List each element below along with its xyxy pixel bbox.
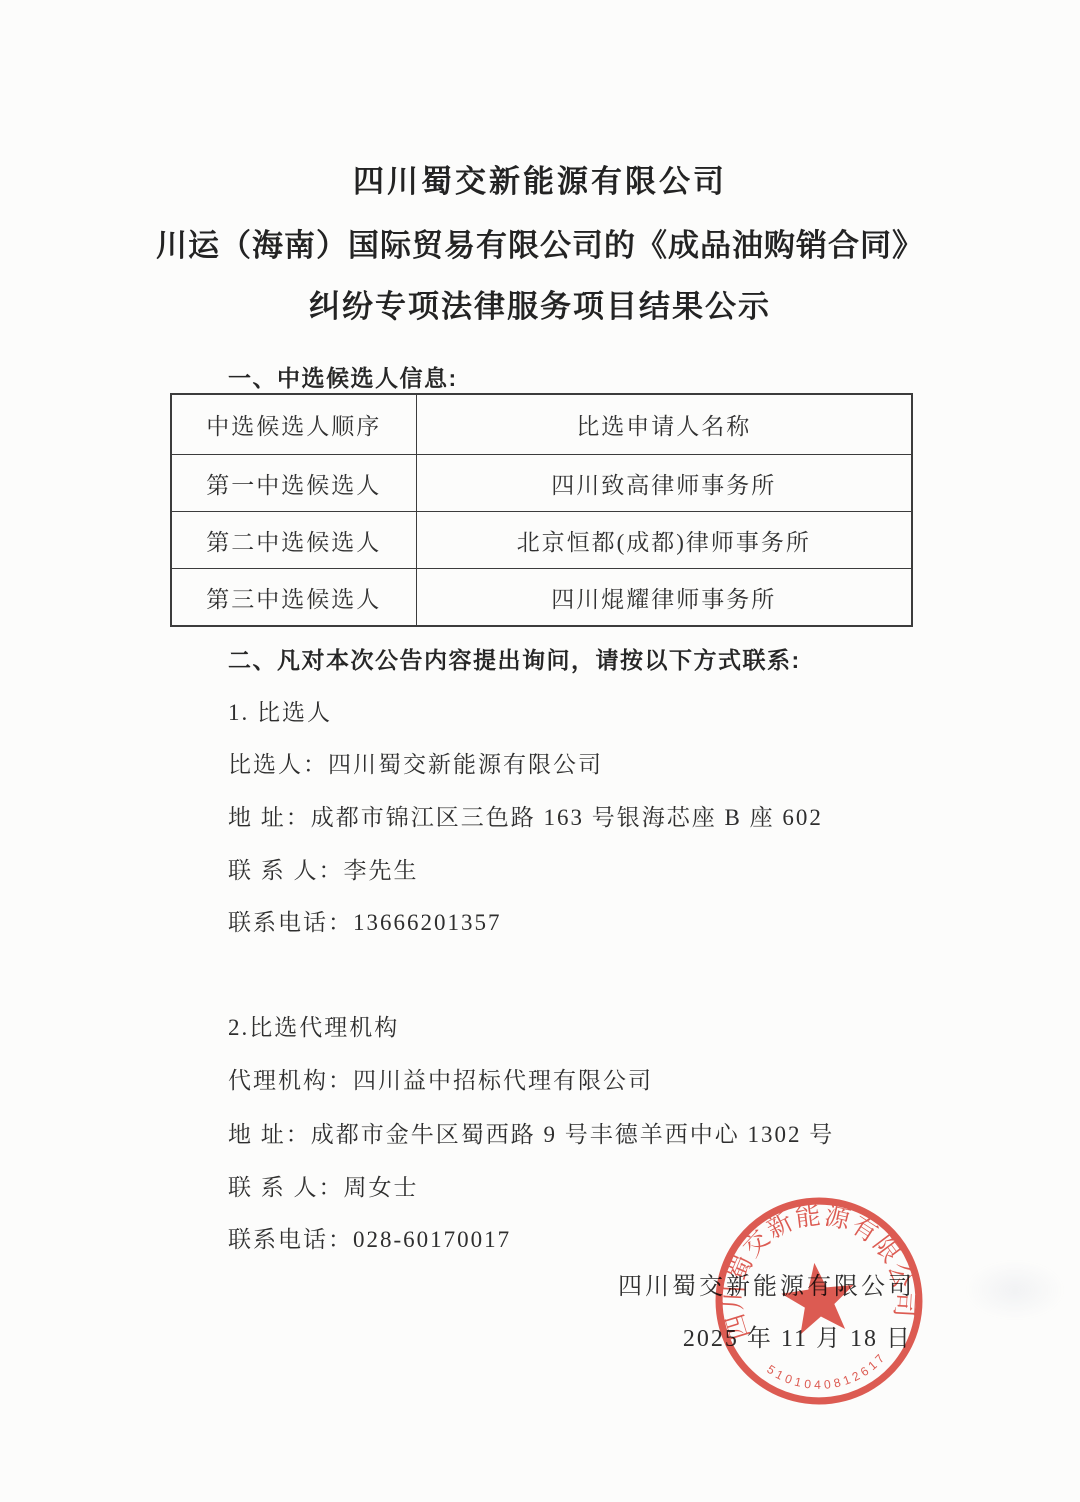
- agency-phone-line: 联系电话：028-60170017: [228, 1221, 511, 1254]
- bidder-name-line: 比选人：四川蜀交新能源有限公司: [228, 746, 603, 779]
- section2-heading: 二、凡对本次公告内容提出询问，请按以下方式联系:: [228, 642, 801, 675]
- bidder-contact-line: 联 系 人：李先生: [228, 852, 419, 885]
- seal-star-icon: [778, 1258, 859, 1336]
- document-page: 四川蜀交新能源有限公司 川运（海南）国际贸易有限公司的《成品油购销合同》 纠纷专…: [0, 0, 1080, 1502]
- table-header-name: 比选申请人名称: [416, 394, 912, 455]
- bidder-address-line: 地 址：成都市锦江区三色路 163 号银海芯座 B 座 602: [228, 799, 823, 832]
- candidates-table: 中选候选人顺序 比选申请人名称 第一中选候选人 四川致高律师事务所 第二中选候选…: [170, 393, 913, 627]
- agency-subheading: 2.比选代理机构: [228, 1009, 399, 1042]
- candidate-rank: 第三中选候选人: [171, 569, 416, 627]
- document-title: 四川蜀交新能源有限公司 川运（海南）国际贸易有限公司的《成品油购销合同》 纠纷专…: [0, 162, 1080, 327]
- title-project-line: 川运（海南）国际贸易有限公司的《成品油购销合同》: [0, 226, 1080, 266]
- section1-heading: 一、中选候选人信息:: [228, 360, 458, 393]
- scan-smudge: [965, 1260, 1065, 1320]
- candidate-name: 四川致高律师事务所: [416, 455, 912, 512]
- candidate-name: 四川焜耀律师事务所: [416, 569, 912, 627]
- table-header-row: 中选候选人顺序 比选申请人名称: [171, 394, 912, 455]
- company-seal: 四川蜀交新能源有限公司 5101040812617: [700, 1182, 938, 1420]
- title-result-line: 纠纷专项法律服务项目结果公示: [0, 287, 1080, 327]
- candidate-name: 北京恒都(成都)律师事务所: [416, 512, 912, 569]
- table-row: 第一中选候选人 四川致高律师事务所: [171, 455, 912, 512]
- table-header-order: 中选候选人顺序: [171, 394, 416, 455]
- candidate-rank: 第二中选候选人: [171, 512, 416, 569]
- candidate-rank: 第一中选候选人: [171, 455, 416, 512]
- table-row: 第二中选候选人 北京恒都(成都)律师事务所: [171, 512, 912, 569]
- agency-contact-line: 联 系 人：周女士: [228, 1169, 419, 1202]
- title-company-name: 四川蜀交新能源有限公司: [0, 162, 1080, 202]
- bidder-subheading: 1. 比选人: [228, 694, 332, 727]
- bidder-phone-line: 联系电话：13666201357: [228, 904, 502, 937]
- agency-address-line: 地 址：成都市金牛区蜀西路 9 号丰德羊西中心 1302 号: [228, 1116, 834, 1149]
- agency-name-line: 代理机构：四川益中招标代理有限公司: [228, 1062, 653, 1095]
- table-row: 第三中选候选人 四川焜耀律师事务所: [171, 569, 912, 627]
